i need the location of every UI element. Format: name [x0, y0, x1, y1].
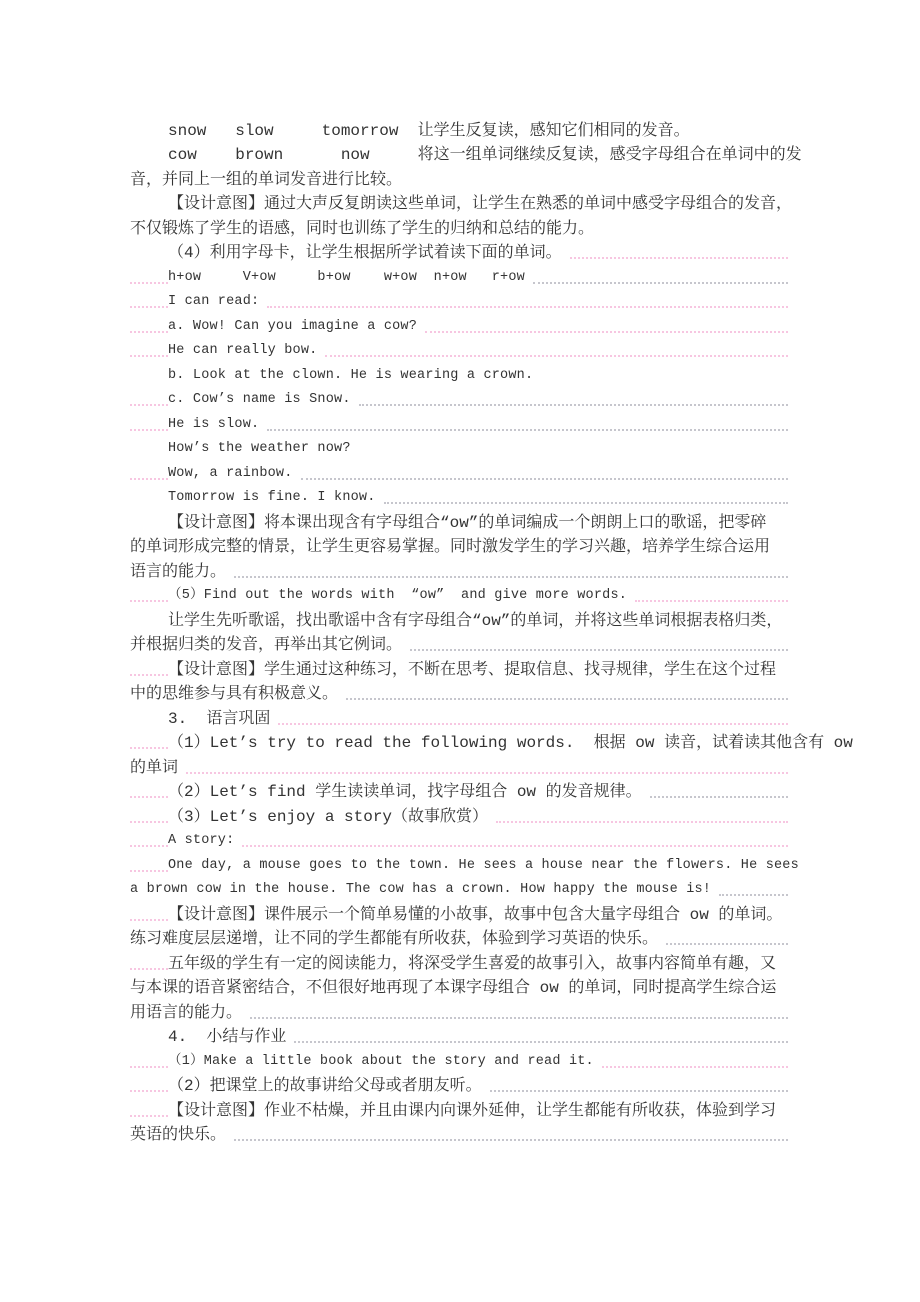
dotted-underline	[635, 600, 788, 602]
line-text: 中的思维参与具有积极意义。	[130, 683, 338, 705]
line-text: 让学生先听歌谣，找出歌谣中含有字母组合“ow”的单词，并将这些单词根据表格归类，	[168, 610, 782, 632]
line-indent	[130, 968, 168, 970]
dotted-underline	[346, 698, 788, 700]
dotted-underline	[650, 796, 788, 798]
line-text: cow brown now 将这一组单词继续反复读，感受字母组合在单词中的发	[168, 144, 802, 166]
dotted-underline	[496, 821, 788, 823]
text-line: 【设计意图】作业不枯燥，并且由课内向课外延伸，让学生都能有所收获，体验到学习	[130, 1097, 790, 1122]
text-line: I can read:	[130, 289, 790, 314]
line-text: a brown cow in the house. The cow has a …	[130, 879, 711, 901]
dotted-underline	[234, 576, 788, 578]
text-line: 的单词	[130, 754, 790, 779]
dotted-underline	[666, 943, 788, 945]
line-indent	[130, 674, 168, 676]
dotted-underline	[719, 894, 788, 896]
text-line: 用语言的能力。	[130, 999, 790, 1024]
line-text: h+ow V+ow b+ow w+ow n+ow r+ow	[168, 267, 525, 289]
line-indent	[130, 1090, 168, 1092]
dotted-underline	[533, 282, 788, 284]
line-text: （3）Let’s enjoy a story（故事欣赏）	[168, 806, 488, 828]
line-text: （5）Find out the words with “ow” and give…	[168, 585, 627, 607]
line-indent	[130, 821, 168, 823]
dotted-underline	[325, 355, 788, 357]
text-line: 【设计意图】通过大声反复朗读这些单词，让学生在熟悉的单词中感受字母组合的发音，	[130, 191, 790, 216]
line-text: 不仅锻炼了学生的语感，同时也训练了学生的归纳和总结的能力。	[130, 218, 594, 240]
dotted-underline	[301, 478, 788, 480]
line-text: One day, a mouse goes to the town. He se…	[168, 855, 799, 877]
line-indent	[130, 1115, 168, 1117]
line-text: 【设计意图】作业不枯燥，并且由课内向课外延伸，让学生都能有所收获，体验到学习	[168, 1100, 776, 1122]
line-text: （4）利用字母卡，让学生根据所学试着读下面的单词。	[168, 242, 562, 264]
text-line: （1）Let’s try to read the following words…	[130, 730, 790, 755]
text-line: c. Cow’s name is Snow.	[130, 387, 790, 412]
text-line: 4. 小结与作业	[130, 1024, 790, 1049]
dotted-underline	[234, 1139, 788, 1141]
text-line: 的单词形成完整的情景，让学生更容易掌握。同时激发学生的学习兴趣，培养学生综合运用	[130, 534, 790, 559]
line-indent	[130, 600, 168, 602]
line-text: 【设计意图】通过大声反复朗读这些单词，让学生在熟悉的单词中感受字母组合的发音，	[168, 193, 792, 215]
line-text: b. Look at the clown. He is wearing a cr…	[168, 365, 533, 387]
line-text: A story:	[168, 830, 234, 852]
line-text: 英语的快乐。	[130, 1124, 226, 1146]
text-line: 让学生先听歌谣，找出歌谣中含有字母组合“ow”的单词，并将这些单词根据表格归类，	[130, 607, 790, 632]
text-line: snow slow tomorrow 让学生反复读，感知它们相同的发音。	[130, 117, 790, 142]
dotted-underline	[425, 331, 788, 333]
text-line: One day, a mouse goes to the town. He se…	[130, 852, 790, 877]
text-line: b. Look at the clown. He is wearing a cr…	[130, 362, 790, 387]
dotted-underline	[359, 404, 788, 406]
line-text: 与本课的语音紧密结合，不但很好地再现了本课字母组合 ow 的单词，同时提高学生综…	[130, 977, 776, 999]
text-line: 不仅锻炼了学生的语感，同时也训练了学生的归纳和总结的能力。	[130, 215, 790, 240]
text-line: （4）利用字母卡，让学生根据所学试着读下面的单词。	[130, 240, 790, 265]
line-indent	[130, 355, 168, 357]
text-line: 语言的能力。	[130, 558, 790, 583]
line-text: a. Wow! Can you imagine a cow?	[168, 316, 417, 338]
line-text: （2）Let’s find 学生读读单词，找字母组合 ow 的发音规律。	[168, 781, 642, 803]
text-line: He is slow.	[130, 411, 790, 436]
dotted-underline	[384, 502, 788, 504]
text-line: A story:	[130, 828, 790, 853]
text-line: 【设计意图】课件展示一个简单易懂的小故事，故事中包含大量字母组合 ow 的单词。	[130, 901, 790, 926]
line-text: He can really bow.	[168, 340, 317, 362]
dotted-underline	[602, 1066, 788, 1068]
line-text: 4. 小结与作业	[168, 1026, 286, 1048]
text-line: 中的思维参与具有积极意义。	[130, 681, 790, 706]
text-line: 五年级的学生有一定的阅读能力，将深受学生喜爱的故事引入，故事内容简单有趣，又	[130, 950, 790, 975]
line-text: 【设计意图】学生通过这种练习，不断在思考、提取信息、找寻规律，学生在这个过程	[168, 659, 776, 681]
text-line: （5）Find out the words with “ow” and give…	[130, 583, 790, 608]
text-line: （2）把课堂上的故事讲给父母或者朋友听。	[130, 1073, 790, 1098]
text-line: He can really bow.	[130, 338, 790, 363]
line-text: 语言的能力。	[130, 561, 226, 583]
line-text: How’s the weather now?	[168, 438, 351, 460]
line-text: 音，并同上一组的单词发音进行比较。	[130, 169, 402, 191]
text-line: 英语的快乐。	[130, 1122, 790, 1147]
line-indent	[130, 796, 168, 798]
line-text: 【设计意图】将本课出现含有字母组合“ow”的单词编成一个朗朗上口的歌谣，把零碎	[168, 512, 766, 534]
line-text: （2）把课堂上的故事讲给父母或者朋友听。	[168, 1075, 482, 1097]
line-indent	[130, 429, 168, 431]
dotted-underline	[267, 306, 788, 308]
dotted-underline	[490, 1090, 788, 1092]
document-page: snow slow tomorrow 让学生反复读，感知它们相同的发音。 cow…	[0, 0, 920, 1302]
text-line: 与本课的语音紧密结合，不但很好地再现了本课字母组合 ow 的单词，同时提高学生综…	[130, 975, 790, 1000]
text-line: a brown cow in the house. The cow has a …	[130, 877, 790, 902]
line-text: （1）Make a little book about the story an…	[168, 1051, 594, 1073]
dotted-underline	[267, 429, 788, 431]
text-line: Tomorrow is fine. I know.	[130, 485, 790, 510]
line-indent	[130, 747, 168, 749]
line-indent	[130, 919, 168, 921]
text-line: （2）Let’s find 学生读读单词，找字母组合 ow 的发音规律。	[130, 779, 790, 804]
text-line: （1）Make a little book about the story an…	[130, 1048, 790, 1073]
line-indent	[130, 331, 168, 333]
text-line: a. Wow! Can you imagine a cow?	[130, 313, 790, 338]
dotted-underline	[410, 649, 788, 651]
dotted-underline	[186, 772, 788, 774]
text-line: How’s the weather now?	[130, 436, 790, 461]
line-text: Tomorrow is fine. I know.	[168, 487, 376, 509]
line-text: Wow, a rainbow.	[168, 463, 293, 485]
text-line: （3）Let’s enjoy a story（故事欣赏）	[130, 803, 790, 828]
dotted-underline	[294, 1041, 788, 1043]
line-text: c. Cow’s name is Snow.	[168, 389, 351, 411]
line-text: （1）Let’s try to read the following words…	[168, 732, 853, 754]
text-line: Wow, a rainbow.	[130, 460, 790, 485]
text-line: h+ow V+ow b+ow w+ow n+ow r+ow	[130, 264, 790, 289]
line-indent	[130, 1066, 168, 1068]
line-text: I can read:	[168, 291, 259, 313]
text-line: 练习难度层层递增，让不同的学生都能有所收获，体验到学习英语的快乐。	[130, 926, 790, 951]
text-line: 并根据归类的发音，再举出其它例词。	[130, 632, 790, 657]
line-text: 五年级的学生有一定的阅读能力，将深受学生喜爱的故事引入，故事内容简单有趣，又	[168, 953, 776, 975]
line-text: 的单词	[130, 757, 178, 779]
line-indent	[130, 478, 168, 480]
line-text: 【设计意图】课件展示一个简单易懂的小故事，故事中包含大量字母组合 ow 的单词。	[168, 904, 782, 926]
dotted-underline	[242, 845, 788, 847]
dotted-underline	[570, 257, 788, 259]
line-text: 用语言的能力。	[130, 1002, 242, 1024]
text-line: 3. 语言巩固	[130, 705, 790, 730]
text-line: 【设计意图】将本课出现含有字母组合“ow”的单词编成一个朗朗上口的歌谣，把零碎	[130, 509, 790, 534]
line-indent	[130, 845, 168, 847]
line-indent	[130, 306, 168, 308]
line-text: snow slow tomorrow 让学生反复读，感知它们相同的发音。	[168, 120, 690, 142]
document-body: snow slow tomorrow 让学生反复读，感知它们相同的发音。 cow…	[130, 117, 790, 1146]
line-text: 练习难度层层递增，让不同的学生都能有所收获，体验到学习英语的快乐。	[130, 928, 658, 950]
text-line: cow brown now 将这一组单词继续反复读，感受字母组合在单词中的发	[130, 142, 790, 167]
line-indent	[130, 870, 168, 872]
line-indent	[130, 404, 168, 406]
dotted-underline	[250, 1017, 788, 1019]
text-line: 音，并同上一组的单词发音进行比较。	[130, 166, 790, 191]
text-line: 【设计意图】学生通过这种练习，不断在思考、提取信息、找寻规律，学生在这个过程	[130, 656, 790, 681]
line-text: 并根据归类的发音，再举出其它例词。	[130, 634, 402, 656]
line-text: He is slow.	[168, 414, 259, 436]
dotted-underline	[278, 723, 788, 725]
line-text: 3. 语言巩固	[168, 708, 270, 730]
line-text: 的单词形成完整的情景，让学生更容易掌握。同时激发学生的学习兴趣，培养学生综合运用	[130, 536, 770, 558]
line-indent	[130, 282, 168, 284]
